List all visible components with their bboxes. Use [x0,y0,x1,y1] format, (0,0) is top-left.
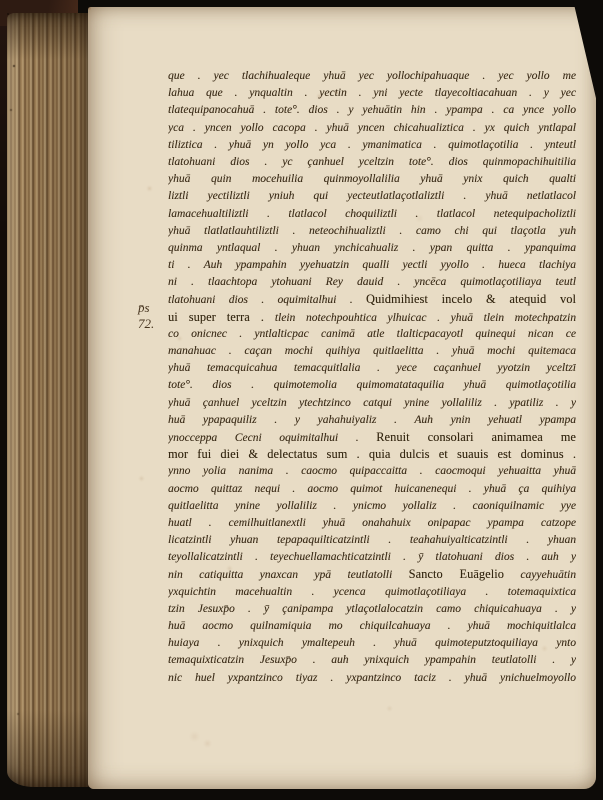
display-script-segment: ui super terra . [168,310,275,324]
manuscript-line: manahuac . caçan mochi quihiya quitlaeli… [168,343,576,360]
manuscript-line: que . yec tlachihualeque yhuā yec yolloc… [168,68,576,85]
manuscript-line: tzin Jesuxp̄o . ȳ çanipampa ytlaçotlaloc… [168,601,576,618]
manuscript-line: huā ypapaquiliz . y yahahuiyaliz . Auh y… [168,412,576,429]
textblock: que . yec tlachihualeque yhuā yec yolloc… [168,68,576,687]
manuscript-line: yhuā temacquicahua temacquitlalia . yece… [168,360,576,377]
manuscript-line: ynno yolia nanima . caocmo quipaccaitta … [168,463,576,480]
display-script-segment: Sancto Euāgelio [409,567,504,581]
manuscript-line: nic huel yxpantzinco tiyaz . yxpantzinco… [168,670,576,687]
manuscript-line: quinma yntlaqual . yhuan ynchicahualiz .… [168,240,576,257]
text-segment: temaquixticatzin Jesuxp̄o . auh ynixquic… [168,654,576,666]
manuscript-line: mor fui diei & delectatus sum . quia dul… [168,446,576,463]
manuscript-line: yhuā tlatlatlauhtiliztli . neteochihuali… [168,223,576,240]
text-segment: licatzintli yhuan tepapaquilticatzintli … [168,534,576,546]
display-script-segment: Quidmihiest incelo & atequid vol [366,292,576,306]
text-segment: yhuā tlatlatlauhtiliztli . neteochihuali… [168,225,576,237]
manuscript-line: tiliztica . yhuā yn yollo yca . ymanimat… [168,137,576,154]
manuscript-photo: p̄s 72. que . yec tlachihualeque yhuā ye… [0,0,603,800]
text-segment: yxquichtin macehualtin . ycenca quimotla… [168,586,576,598]
text-segment: lahua que . ynqualtin . yectin . yni yec… [168,87,576,99]
text-segment: ni . tlaachtopa ytohuani Rey dauid . ync… [168,276,576,288]
text-segment: quinma yntlaqual . yhuan ynchicahualiz .… [168,242,576,254]
text-segment: manahuac . caçan mochi quihiya quitlaeli… [168,345,576,357]
text-segment: ynocceppa Cecni oquimitalhui . [168,432,376,444]
text-segment: nic huel yxpantzinco tiyaz . yxpantzinco… [168,672,576,684]
manuscript-line: yhuā çanhuel yceltzin ytechtzinco catqui… [168,395,576,412]
margin-note-number: 72. [138,316,154,332]
manuscript-line: huiaya . ynixquich ymaltepeuh . yhuā qui… [168,635,576,652]
manuscript-line: ui super terra . tlein notechpouhtica yl… [168,309,576,326]
manuscript-line: teyollalicatzintli . teyechuellamachtica… [168,549,576,566]
manuscript-line: lahua que . ynqualtin . yectin . yni yec… [168,85,576,102]
text-segment: tlein notechpouhtica ylhuicac . yhuā tle… [275,312,576,324]
manuscript-line: yxquichtin macehualtin . ycenca quimotla… [168,584,576,601]
text-segment: lamacehualtiliztli . tlatlacol choquiliz… [168,208,576,220]
text-segment: yhuā quin mocehuilia quinmoyollalilia yh… [168,173,576,185]
text-segment: quitlaelitta ynine yollaliliz . ynicmo y… [168,500,576,512]
manuscript-line: yhuā quin mocehuilia quinmoyollalilia yh… [168,171,576,188]
text-segment: tzin Jesuxp̄o . ȳ çanipampa ytlaçotlaloc… [168,603,576,615]
text-segment: tlatohuani dios . yc çanhuel yceltzin to… [168,156,576,168]
manuscript-line: tlatequipanocahuā . tote°. dios . y yehu… [168,102,576,119]
wormhole-marks [7,13,9,15]
text-segment: nin catiquitta ynaxcan ypā teutlatolli [168,569,409,581]
text-segment: huā aocmo quilnamiquia mo chiquilcahuaya… [168,620,576,632]
margin-note-abbrev: p̄s [138,300,154,316]
text-segment: que . yec tlachihualeque yhuā yec yolloc… [168,70,576,82]
text-segment: aocmo quittaz nequi . aocmo quimot huica… [168,483,576,495]
text-segment: tlatequipanocahuā . tote°. dios . y yehu… [168,104,576,116]
manuscript-line: ni . tlaachtopa ytohuani Rey dauid . ync… [168,274,576,291]
manuscript-line: tlatohuani dios . oquimitalhui . Quidmih… [168,291,576,308]
text-segment: huiaya . ynixquich ymaltepeuh . yhuā qui… [168,637,576,649]
text-segment: cayyehuātin [504,569,576,581]
text-segment: ynno yolia nanima . caocmo quipaccaitta … [168,465,576,477]
manuscript-line: nin catiquitta ynaxcan ypā teutlatolli S… [168,566,576,583]
book-page-edges [7,13,90,787]
text-segment: huā ypapaquiliz . y yahahuiyaliz . Auh y… [168,414,576,426]
manuscript-line: yca . yncen yollo cacopa . yhuā yncen ch… [168,120,576,137]
text-segment: yhuā temacquicahua temacquitlalia . yece… [168,362,576,374]
manuscript-line: ti . Auh ypampahin yyehuatzin qualli yec… [168,257,576,274]
text-segment: tlatohuani dios . oquimitalhui . [168,294,366,306]
text-segment: huatl . cemilhuitlanextli yhuā onahahuix… [168,517,576,529]
display-script-segment: Renuit consolari animamea me [376,430,576,444]
text-segment: tote°. dios . quimotemolia quimomatataqu… [168,379,576,391]
manuscript-page: p̄s 72. que . yec tlachihualeque yhuā ye… [88,7,596,789]
manuscript-line: lamacehualtiliztli . tlatlacol choquiliz… [168,206,576,223]
text-segment: tiliztica . yhuā yn yollo yca . ymanimat… [168,139,576,151]
margin-psalm-reference: p̄s 72. [138,300,154,332]
manuscript-line: co onicnec . yntlalticpac canimā atle tl… [168,326,576,343]
manuscript-line: quitlaelitta ynine yollaliliz . ynicmo y… [168,498,576,515]
display-script-segment: mor fui diei & delectatus sum . quia dul… [168,447,576,461]
manuscript-line: temaquixticatzin Jesuxp̄o . auh ynixquic… [168,652,576,669]
manuscript-line: tote°. dios . quimotemolia quimomatataqu… [168,377,576,394]
manuscript-line: licatzintli yhuan tepapaquilticatzintli … [168,532,576,549]
text-segment: yhuā çanhuel yceltzin ytechtzinco catqui… [168,397,576,409]
manuscript-line: ynocceppa Cecni oquimitalhui . Renuit co… [168,429,576,446]
text-segment: yca . yncen yollo cacopa . yhuā yncen ch… [168,122,576,134]
manuscript-line: liztli yectiliztli yniuh qui yecteutlatl… [168,188,576,205]
manuscript-line: tlatohuani dios . yc çanhuel yceltzin to… [168,154,576,171]
text-segment: liztli yectiliztli yniuh qui yecteutlatl… [168,190,576,202]
manuscript-line: huā aocmo quilnamiquia mo chiquilcahuaya… [168,618,576,635]
foxing-stains [88,7,91,10]
text-segment: teyollalicatzintli . teyechuellamachtica… [168,551,576,563]
manuscript-line: aocmo quittaz nequi . aocmo quimot huica… [168,481,576,498]
manuscript-line: huatl . cemilhuitlanextli yhuā onahahuix… [168,515,576,532]
text-segment: co onicnec . yntlalticpac canimā atle tl… [168,328,576,340]
text-segment: ti . Auh ypampahin yyehuatzin qualli yec… [168,259,576,271]
